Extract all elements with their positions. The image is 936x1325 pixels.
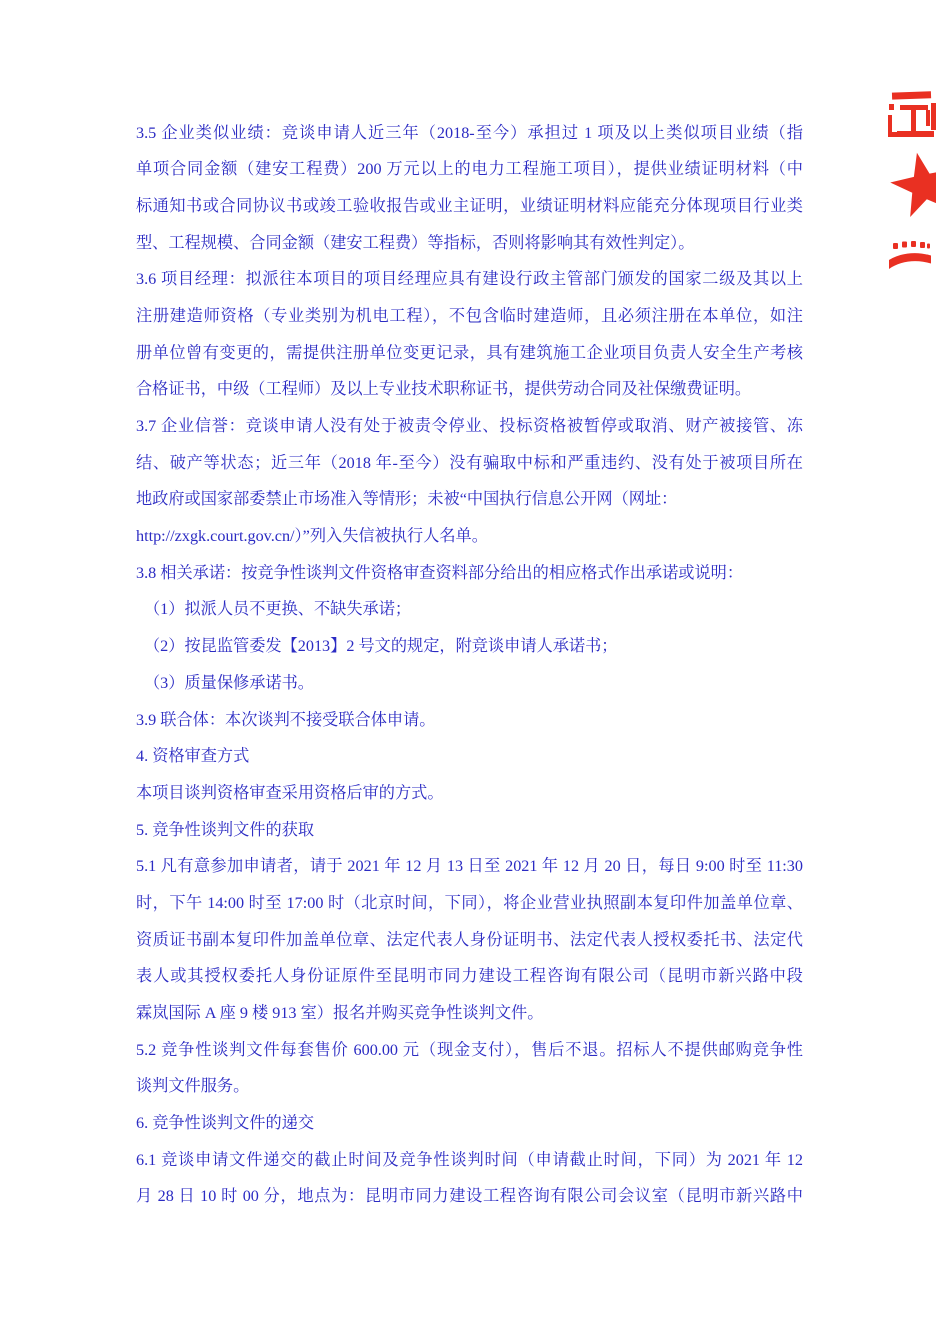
text-line: 5.1 凡有意参加申请者，请于 2021 年 12 月 13 日至 2021 年… (136, 848, 803, 885)
text-line: http://zxgk.court.gov.cn/）”列入失信被执行人名单。 (136, 518, 803, 555)
text-line: 时，下午 14:00 时至 17:00 时（北京时间，下同），将企业营业执照副本… (136, 885, 803, 922)
text-line: 3.7 企业信誉：竞谈申请人没有处于被责令停业、投标资格被暂停或取消、财产被接管… (136, 408, 803, 445)
text-line: 标通知书或合同协议书或竣工验收报告或业主证明，业绩证明材料应能充分体现项目行业类 (136, 188, 803, 225)
text-line: 结、破产等状态；近三年（2018 年-至今）没有骗取中标和严重违约、没有处于被项… (136, 445, 803, 482)
text-line: （2）按昆监管委发【2013】2 号文的规定，附竞谈申请人承诺书； (136, 628, 803, 665)
text-line: 合格证书，中级（工程师）及以上专业技术职称证书，提供劳动合同及社保缴费证明。 (136, 371, 803, 408)
seal-arc-icon (889, 241, 931, 269)
text-line: 3.9 联合体：本次谈判不接受联合体申请。 (136, 702, 803, 739)
text-line: 注册建造师资格（专业类别为机电工程），不包含临时建造师，且必须注册在本单位，如注 (136, 298, 803, 335)
text-line: 型、工程规模、合同金额（建安工程费）等指标，否则将影响其有效性判定）。 (136, 225, 803, 262)
document-body: 3.5 企业类似业绩：竞谈申请人近三年（2018-至今）承担过 1 项及以上类似… (136, 115, 803, 1216)
text-line: 3.5 企业类似业绩：竞谈申请人近三年（2018-至今）承担过 1 项及以上类似… (136, 115, 803, 152)
text-line: 本项目谈判资格审查采用资格后审的方式。 (136, 775, 803, 812)
text-line: 册单位曾有变更的，需提供注册单位变更记录，具有建筑施工企业项目负责人安全生产考核 (136, 335, 803, 372)
text-line: 单项合同金额（建安工程费）200 万元以上的电力工程施工项目），提供业绩证明材料… (136, 151, 803, 188)
text-line: 5.2 竞争性谈判文件每套售价 600.00 元（现金支付），售后不退。招标人不… (136, 1032, 803, 1069)
official-seal-stamp (882, 90, 936, 270)
text-line: 3.6 项目经理：拟派往本项目的项目经理应具有建设行政主管部门颁发的国家二级及其… (136, 261, 803, 298)
text-line: 4. 资格审查方式 (136, 738, 803, 775)
document-page: 3.5 企业类似业绩：竞谈申请人近三年（2018-至今）承担过 1 项及以上类似… (0, 0, 936, 1325)
text-line: 3.8 相关承诺：按竞争性谈判文件资格审查资料部分给出的相应格式作出承诺或说明： (136, 555, 803, 592)
seal-star-icon (885, 146, 936, 220)
text-line: 地政府或国家部委禁止市场准入等情形；未被“中国执行信息公开网（网址： (136, 481, 803, 518)
text-line: 6. 竞争性谈判文件的递交 (136, 1105, 803, 1142)
text-line: 表人或其授权委托人身份证原件至昆明市同力建设工程咨询有限公司（昆明市新兴路中段 (136, 958, 803, 995)
seal-character-fragment-icon (888, 91, 936, 137)
text-line: 资质证书副本复印件加盖单位章、法定代表人身份证明书、法定代表人授权委托书、法定代 (136, 922, 803, 959)
text-line: 霖岚国际 A 座 9 楼 913 室）报名并购买竞争性谈判文件。 (136, 995, 803, 1032)
text-line: 5. 竞争性谈判文件的获取 (136, 812, 803, 849)
text-line: 6.1 竞谈申请文件递交的截止时间及竞争性谈判时间（申请截止时间，下同）为 20… (136, 1142, 803, 1179)
text-line: （3）质量保修承诺书。 (136, 665, 803, 702)
text-line: （1）拟派人员不更换、不缺失承诺； (136, 591, 803, 628)
text-line: 月 28 日 10 时 00 分，地点为：昆明市同力建设工程咨询有限公司会议室（… (136, 1178, 803, 1215)
text-line: 谈判文件服务。 (136, 1068, 803, 1105)
